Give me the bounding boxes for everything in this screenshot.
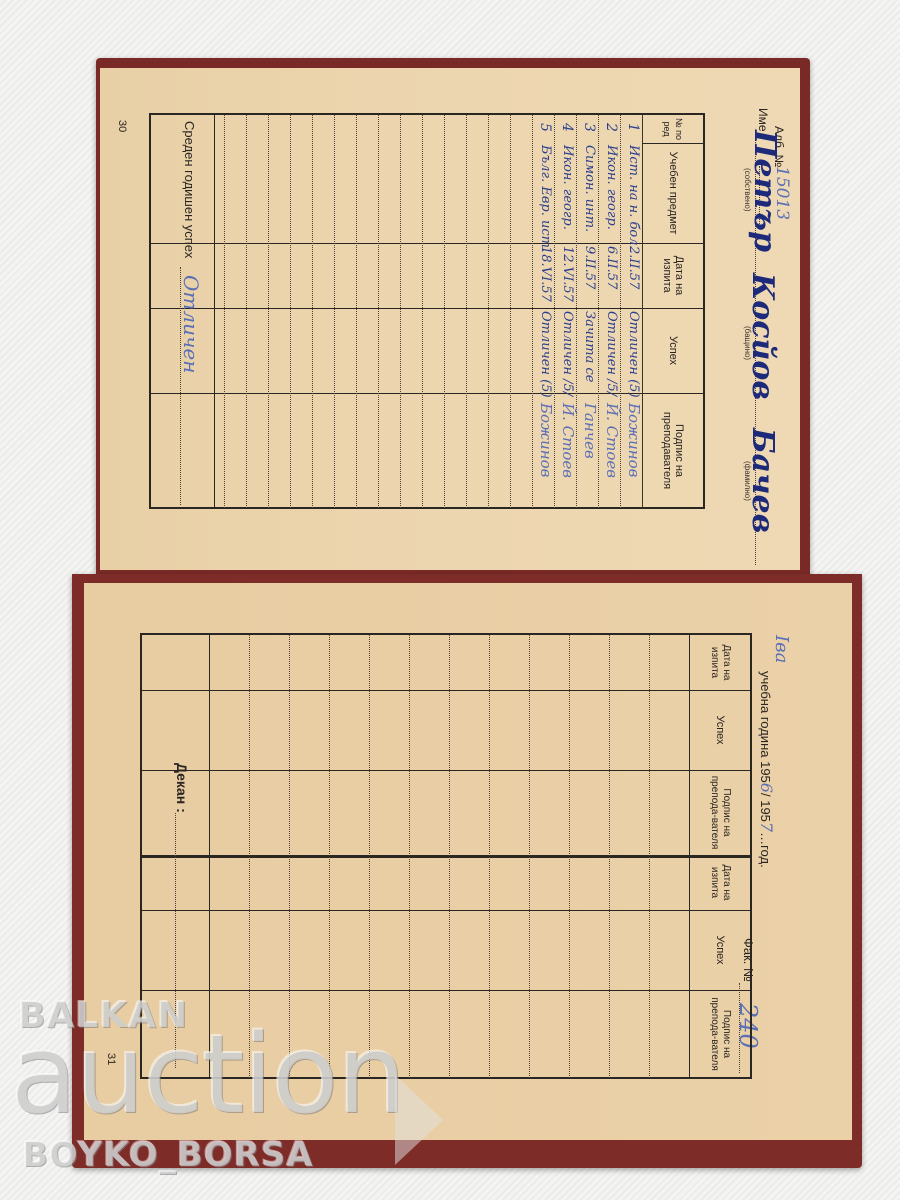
header-subject: Учебен предмет <box>643 143 703 243</box>
page-number: 30 <box>116 120 128 132</box>
table-row: 3Симон. инт.9.II.57Зачита сеГанчев <box>575 115 597 508</box>
row-signature: Божинов <box>625 403 643 477</box>
header-grade-1: Успех <box>690 690 750 770</box>
name-hint-last: (фамилно) <box>743 461 752 501</box>
dean-label: Декан : <box>174 763 190 813</box>
year-to-handwritten: 7 <box>757 822 776 832</box>
watermark-boyko-borsa: BOYKO_BORSA <box>22 1135 314 1175</box>
header-grade: Успех <box>643 308 703 393</box>
grades-table: № по ред Учебен предмет Дата на изпита У… <box>149 113 705 509</box>
table-row: 2Икон. геогр.6.II.57Отличен /5/Й. Стоев <box>597 115 619 508</box>
course-handwritten: Iва <box>771 635 792 663</box>
name-first-handwritten: Петър <box>747 130 782 252</box>
row-date: 9.II.57 <box>582 246 597 289</box>
watermark-play-icon <box>395 1075 443 1165</box>
header-signature-1: Подпис на препода-вателя <box>690 770 750 855</box>
table-row: 5Бълг. Евр. ист.18.VI.57Отличен (5)Божин… <box>531 115 553 508</box>
name-hint-first: (собствено) <box>743 168 752 212</box>
row-date: 2.II.57 <box>626 246 641 289</box>
year-from-handwritten: 6 <box>757 783 776 793</box>
row-subject: Ист. на н. бол. <box>626 145 641 250</box>
row-number: 4 <box>559 123 575 132</box>
average-value-handwritten: Отличен <box>179 275 203 373</box>
row-number: 3 <box>581 123 597 132</box>
row-signature: Й. Стоев <box>559 403 577 478</box>
table-row: 1Ист. на н. бол.2.II.57Отличен (5)Божино… <box>619 115 641 508</box>
academic-year: учебна година 1956/ 1957…год. <box>757 671 776 868</box>
row-number: 5 <box>537 123 553 132</box>
name-label: Име <box>756 108 770 132</box>
row-grade: Отличен /5/ <box>604 311 619 396</box>
header-exam-date: Дата на изпита <box>643 243 703 308</box>
row-date: 12.VI.57 <box>560 246 575 302</box>
row-signature: Божинов <box>537 403 555 477</box>
record-page-30: Алб. № 15013 Име Петър Косйов Бачев (соб… <box>100 68 800 570</box>
average-label: Среден годишен успех <box>182 121 197 258</box>
row-number: 1 <box>625 123 641 132</box>
row-date: 18.VI.57 <box>538 246 553 302</box>
row-grade: Отличен /5/ <box>560 311 575 396</box>
row-subject: Икон. геогр. <box>560 145 575 230</box>
header-grade-2: Успех <box>690 910 750 990</box>
name-hint-middle: (бащино) <box>743 326 752 360</box>
header-teacher-signature: Подпис на преподавателя <box>643 393 703 508</box>
row-grade: Отличен (5) <box>538 311 553 398</box>
row-grade: Отличен (5) <box>626 311 641 398</box>
header-exam-date-2: Дата на изпита <box>690 855 750 910</box>
row-date: 6.II.57 <box>604 246 619 289</box>
grades-rows: 1Ист. на н. бол.2.II.57Отличен (5)Божино… <box>215 115 643 508</box>
row-subject: Симон. инт. <box>582 145 597 232</box>
header-signature-2: Подпис на препода-вателя <box>690 990 750 1078</box>
header-row-number: № по ред <box>643 115 703 143</box>
row-number: 2 <box>603 123 619 132</box>
row-signature: Ганчев <box>581 403 599 459</box>
header-exam-date-1: Дата на изпита <box>690 635 750 690</box>
table-row: 4Икон. геогр.12.VI.57Отличен /5/Й. Стоев <box>553 115 575 508</box>
row-subject: Бълг. Евр. ист. <box>538 145 553 252</box>
row-signature: Й. Стоев <box>603 403 621 478</box>
watermark-auction: auction <box>10 1010 404 1138</box>
row-subject: Икон. геогр. <box>604 145 619 230</box>
row-grade: Зачита се <box>582 311 597 383</box>
